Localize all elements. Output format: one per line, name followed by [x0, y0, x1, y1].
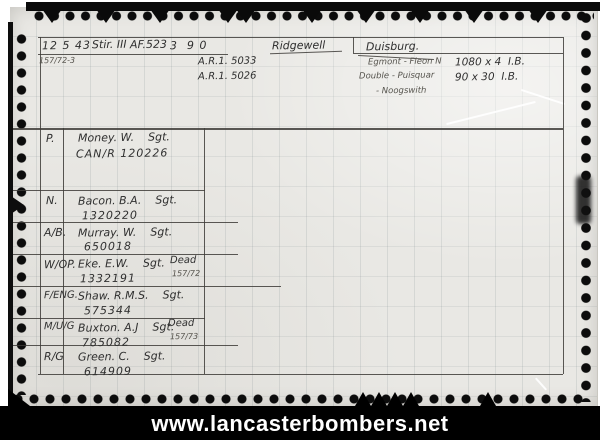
- crew-name: Money. W.: [78, 131, 134, 145]
- crew-service-number: 785082: [82, 337, 130, 349]
- crew-role-label: M/U/G: [44, 322, 75, 332]
- scan-corner-shadow: [8, 389, 30, 406]
- crew-name: Green. C.: [78, 350, 130, 364]
- crew-name-line: Money. W.Sgt.: [78, 131, 170, 143]
- sortie-codes: 3 9 0: [170, 40, 208, 52]
- crew-service-number: 1332191: [80, 273, 136, 285]
- notch-icon: [528, 9, 548, 23]
- reference-number: 157/72-3: [39, 57, 75, 66]
- notch-icon: [371, 392, 387, 406]
- crew-rank: Sgt.: [150, 225, 172, 238]
- route-note: - Noogswith: [376, 87, 427, 96]
- crew-service-number: 1320220: [82, 210, 138, 222]
- notch-icon: [96, 9, 116, 23]
- crew-service-number: CAN/R 120226: [76, 147, 168, 159]
- table-line: [38, 54, 228, 55]
- casualty-note: Dead: [170, 256, 196, 266]
- notch-icon: [355, 392, 371, 406]
- aircraft-serial: AF.523: [130, 39, 167, 51]
- crew-name-line: Eke. E.W.Sgt.: [78, 257, 165, 269]
- table-line: [353, 53, 563, 54]
- equipment-entry: A.R.1. 5026: [198, 72, 257, 83]
- bomb-load-entry: 90 x 30 I.B.: [455, 72, 518, 83]
- crew-rank: Sgt.: [143, 256, 165, 269]
- crew-service-number: 575344: [84, 305, 132, 317]
- crew-name: Eke. E.W.: [78, 257, 129, 271]
- crew-name-line: Bacon. B.A.Sgt.: [78, 194, 177, 206]
- crew-role-label: W/OP.: [44, 259, 76, 270]
- ink-smudge: [576, 176, 591, 224]
- aircraft-type: Stir. III: [92, 39, 127, 50]
- notch-icon: [218, 9, 238, 23]
- crew-rank: Sgt.: [162, 288, 184, 301]
- watermark-bar: www.lancasterbombers.net: [0, 406, 600, 440]
- table-line: [63, 128, 64, 374]
- crew-name-line: Shaw. R.M.S.Sgt.: [78, 289, 185, 301]
- table-line: [13, 286, 281, 287]
- crew-name: Buxton. A.J: [78, 321, 139, 335]
- crew-name: Bacon. B.A.: [78, 194, 141, 208]
- website-caption: www.lancasterbombers.net: [151, 412, 448, 435]
- crew-name-line: Buxton. A.JSgt.: [78, 321, 174, 333]
- crew-role-label: P.: [46, 133, 55, 144]
- crew-role-label: F/ENG.: [44, 291, 78, 301]
- notch-icon: [42, 9, 62, 23]
- base-name: Ridgewell: [272, 40, 325, 52]
- casualty-reference: 157/73: [170, 333, 198, 341]
- table-line: [13, 190, 205, 191]
- table-line: [13, 128, 563, 130]
- scanned-record-photo: 12 5 43 Stir. III AF.523 3 9 0 157/72-3 …: [0, 0, 600, 440]
- crew-name-line: Murray. W.Sgt.: [78, 226, 172, 238]
- notch-icon: [8, 194, 24, 216]
- crew-name-line: Green. C.Sgt.: [78, 350, 166, 362]
- bomb-load-entry: 1080 x 4 I.B.: [455, 57, 525, 68]
- notch-icon: [403, 392, 419, 406]
- route-note: Double - Puisquar: [359, 71, 435, 81]
- notch-icon: [302, 9, 322, 23]
- crew-service-number: 614909: [84, 366, 132, 378]
- table-border-right: [563, 37, 564, 374]
- table-line: [204, 128, 205, 374]
- casualty-note: Dead: [168, 319, 194, 329]
- crew-service-number: 650018: [84, 241, 132, 253]
- casualty-reference: 157/72: [172, 270, 200, 278]
- notch-icon: [356, 9, 376, 23]
- notch-icon: [387, 392, 403, 406]
- notch-icon: [410, 9, 430, 23]
- crew-rank: Sgt.: [155, 193, 177, 206]
- notch-icon: [236, 9, 256, 23]
- notch-icon: [464, 9, 484, 23]
- crew-role-label: A/B.: [44, 227, 66, 238]
- crew-rank: Sgt.: [148, 130, 170, 143]
- notch-icon: [480, 392, 496, 406]
- table-line: [353, 37, 354, 53]
- crew-rank: Sgt.: [144, 349, 166, 362]
- notch-icon: [150, 9, 170, 23]
- equipment-entry: A.R.1. 5033: [198, 57, 257, 68]
- crew-role-label: R/G: [44, 351, 64, 362]
- target-name: Duisburg.: [366, 41, 419, 53]
- sortie-date: 12 5 43: [42, 40, 91, 52]
- table-border-left: [40, 37, 41, 374]
- crew-role-label: N.: [46, 195, 58, 206]
- perforation-row-bottom: [10, 394, 588, 404]
- crew-name: Shaw. R.M.S.: [78, 289, 149, 303]
- crew-name: Murray. W.: [78, 226, 137, 240]
- route-note: Egmont - Fleon N: [368, 57, 442, 67]
